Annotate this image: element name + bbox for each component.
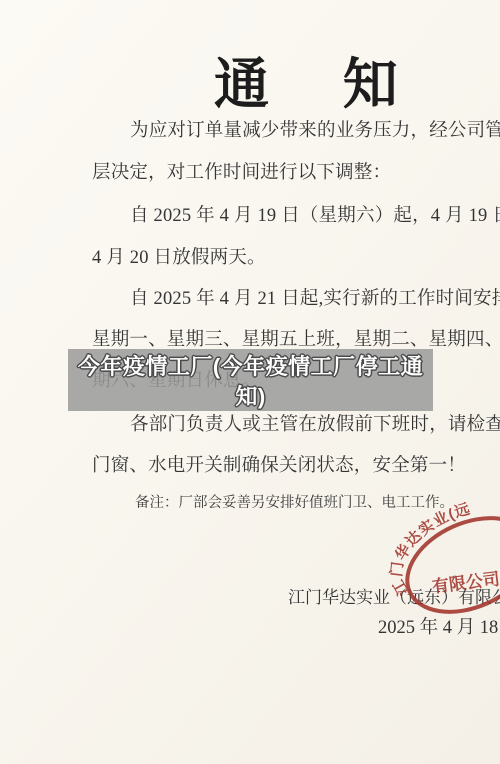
notice-line: 4 月 20 日放假两天。 [92, 245, 266, 271]
notice-line: 各部门负责人或主管在放假前下班时，请检查 [130, 412, 500, 438]
notice-title: 通 知 [214, 40, 399, 119]
caption-line-2: 知) [68, 382, 433, 412]
notice-line: 自 2025 年 4 月 21 日起,实行新的工作时间安排 [130, 286, 500, 312]
notice-line: 为应对订单量减少带来的业务压力，经公司管 [130, 118, 500, 144]
company-seal: 江门华达实业(远 有限公司 [392, 509, 500, 619]
notice-line: 层决定，对工作时间进行以下调整： [92, 160, 391, 186]
notice-line: 自 2025 年 4 月 19 日（星期六）起，4 月 19 日 [130, 203, 500, 229]
caption-line-1: 今年疫情工厂(今年疫情工厂停工通 [68, 352, 433, 382]
notice-photo: 通 知 为应对订单量减少带来的业务压力，经公司管 层决定，对工作时间进行以下调整… [0, 0, 500, 764]
caption-overlay: 今年疫情工厂(今年疫情工厂停工通 知) [68, 349, 433, 411]
notice-line: 门窗、水电开关制确保关闭状态，安全第一！ [92, 453, 466, 479]
seal-center-text: 有限公司 [431, 568, 500, 596]
